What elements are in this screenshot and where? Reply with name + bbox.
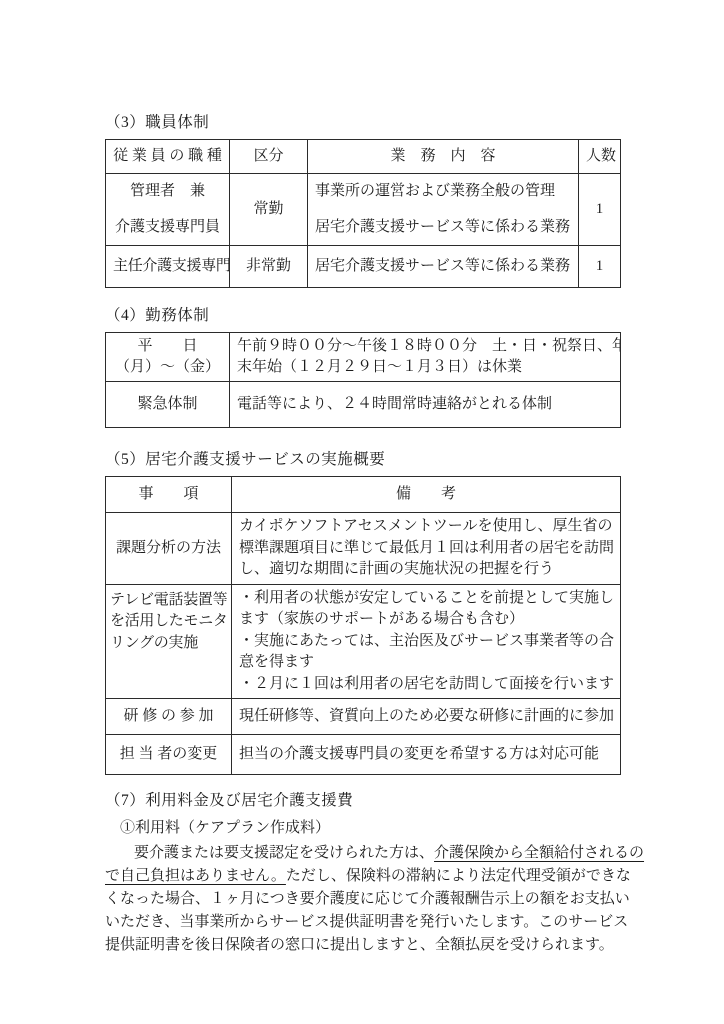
work-hours-row: 平 日 （月）～（金） 午前９時００分～午後１８時００分 土・日・祝祭日、年 末…: [106, 333, 621, 382]
staff-duty-cell: 事業所の運営および業務全般の管理 居宅介護支援サービス等に係わる業務: [308, 174, 579, 246]
service-item-cell: 担 当 者の変更: [106, 735, 232, 775]
staff-table: 従 業 員 の 職 種 区分 業 務 内 容 人数 管理者 兼 介護支援専門員 …: [105, 139, 621, 288]
service-remark-cell: 担当の介護支援専門員の変更を希望する方は対応可能: [232, 735, 621, 775]
staff-duty-line: 居宅介護支援サービス等に係わる業務: [315, 217, 571, 238]
service-table-row: 担 当 者の変更 担当の介護支援専門員の変更を希望する方は対応可能: [106, 735, 621, 775]
weekday-value-line: 午前９時００分～午後１８時００分 土・日・祝祭日、年: [237, 336, 613, 357]
fees-subheading: ①利用料（ケアプラン作成料）: [120, 817, 620, 839]
staff-header-count: 人数: [579, 140, 621, 174]
staff-category-cell: 常勤: [230, 174, 308, 246]
fees-text-segment: 提供証明書を後日保険者の窓口に提出しますと、全額払戻を受けられます。: [105, 937, 614, 953]
section-fees-heading: （7）利用料金及び居宅介護支援費: [105, 790, 620, 811]
section-fees: （7）利用料金及び居宅介護支援費 ①利用料（ケアプラン作成料） 要介護または要支…: [105, 790, 620, 957]
work-hours-row: 緊急体制 電話等により、２４時間常時連絡がとれる体制: [106, 382, 621, 428]
fees-paragraph-line: 提供証明書を後日保険者の窓口に提出しますと、全額払戻を受けられます。: [105, 934, 620, 957]
weekday-label-line: （月）～（金）: [113, 357, 222, 378]
fees-paragraph-line: で自己負担はありません。ただし、保険料の滞納により法定代理受領ができな: [105, 865, 620, 888]
staff-count-cell: 1: [579, 246, 621, 288]
staff-table-header-row: 従 業 員 の 職 種 区分 業 務 内 容 人数: [106, 140, 621, 174]
staff-role-cell: 主任介護支援専門員: [106, 246, 230, 288]
service-item-line: テレビ電話装置等: [110, 590, 227, 612]
service-header-remark: 備 考: [232, 477, 621, 513]
service-item-cell: 研 修 の 参 加: [106, 699, 232, 735]
fees-text-segment: いただき、当事業所からサービス提供証明書を発行いたします。このサービス: [105, 914, 628, 930]
service-table-row: 研 修 の 参 加 現任研修等、資質向上のため必要な研修に計画的に参加: [106, 699, 621, 735]
section-service-overview: （5）居宅介護支援サービスの実施概要 事 項 備 考 課題分析の方法 カイポケソ…: [105, 449, 620, 775]
service-table-header-row: 事 項 備 考: [106, 477, 621, 513]
service-remark-line: し、適切な期間に計画の実施状況の把握を行う: [239, 559, 613, 581]
staff-category-cell: 非常勤: [230, 246, 308, 288]
weekday-value-line: 末年始（１２月２９日～１月３日）は休業: [237, 357, 613, 378]
service-item-cell: テレビ電話装置等 を活用したモニタ リングの実施: [106, 584, 232, 699]
service-header-item: 事 項: [106, 477, 232, 513]
staff-duty-cell: 居宅介護支援サービス等に係わる業務: [308, 246, 579, 288]
weekday-label-line: 平 日: [113, 336, 222, 357]
section-work-heading: （4）勤務体制: [105, 305, 620, 326]
staff-role-cell: 管理者 兼 介護支援専門員: [106, 174, 230, 246]
section-staff-heading: （3）職員体制: [105, 112, 620, 133]
service-table-row: テレビ電話装置等 を活用したモニタ リングの実施 ・利用者の状態が安定しているこ…: [106, 584, 621, 699]
service-item-cell: 課題分析の方法: [106, 513, 232, 585]
document-content: （3）職員体制 従 業 員 の 職 種 区分 業 務 内 容 人数 管理者 兼 …: [0, 0, 724, 957]
service-remark-line: ・２月に１回は利用者の居宅を訪問して面接を行います: [239, 674, 613, 696]
staff-count-cell: 1: [579, 174, 621, 246]
service-remark-cell: カイポケソフトアセスメントツールを使用し、厚生省の 標準課題項目に準じて最低月１…: [232, 513, 621, 585]
emergency-label-cell: 緊急体制: [106, 382, 230, 428]
section-staff-structure: （3）職員体制 従 業 員 の 職 種 区分 業 務 内 容 人数 管理者 兼 …: [105, 112, 620, 288]
staff-role-line: 介護支援専門員: [113, 217, 222, 238]
service-table-row: 課題分析の方法 カイポケソフトアセスメントツールを使用し、厚生省の 標準課題項目…: [106, 513, 621, 585]
service-remark-line: 標準課題項目に準じて最低月１回は利用者の居宅を訪問: [239, 538, 613, 560]
service-remark-line: ます（家族のサポートがある場合も含む）: [239, 609, 613, 631]
service-overview-table: 事 項 備 考 課題分析の方法 カイポケソフトアセスメントツールを使用し、厚生省…: [105, 476, 621, 775]
fees-underlined-segment: で自己負担はありません。: [105, 868, 286, 884]
staff-table-row: 主任介護支援専門員 非常勤 居宅介護支援サービス等に係わる業務 1: [106, 246, 621, 288]
staff-header-category: 区分: [230, 140, 308, 174]
fees-text-segment: くなった場合、１ヶ月につき要介護度に応じて介護報酬告示上の額をお支払い: [105, 891, 630, 907]
emergency-value-cell: 電話等により、２４時間常時連絡がとれる体制: [230, 382, 621, 428]
service-item-line: を活用したモニタ: [110, 611, 227, 633]
section-service-heading: （5）居宅介護支援サービスの実施概要: [105, 449, 620, 470]
fees-text-segment: 要介護または要支援認定を受けられた方は、: [119, 845, 434, 861]
fees-paragraph-line: 要介護または要支援認定を受けられた方は、介護保険から全額給付されるの: [105, 842, 620, 865]
staff-header-duty: 業 務 内 容: [308, 140, 579, 174]
document-page: （3）職員体制 従 業 員 の 職 種 区分 業 務 内 容 人数 管理者 兼 …: [0, 0, 724, 1024]
staff-duty-line: 事業所の運営および業務全般の管理: [315, 181, 571, 202]
staff-table-row: 管理者 兼 介護支援専門員 常勤 事業所の運営および業務全般の管理 居宅介護支援…: [106, 174, 621, 246]
section-work-hours: （4）勤務体制 平 日 （月）～（金） 午前９時００分～午後１８時００分 土・日…: [105, 305, 620, 428]
fees-paragraph: 要介護または要支援認定を受けられた方は、介護保険から全額給付されるの で自己負担…: [105, 842, 620, 957]
fees-underlined-segment: 介護保険から全額給付されるの: [434, 845, 644, 861]
fees-paragraph-line: くなった場合、１ヶ月につき要介護度に応じて介護報酬告示上の額をお支払い: [105, 888, 620, 911]
service-remark-line: ・利用者の状態が安定していることを前提として実施し: [239, 588, 613, 610]
service-remark-line: ・実施にあたっては、主治医及びサービス事業者等の合: [239, 631, 613, 653]
weekday-label-cell: 平 日 （月）～（金）: [106, 333, 230, 382]
staff-role-line: 管理者 兼: [113, 181, 222, 202]
service-remark-cell: 現任研修等、資質向上のため必要な研修に計画的に参加: [232, 699, 621, 735]
fees-text-segment: ただし、保険料の滞納により法定代理受領ができな: [286, 868, 631, 884]
fees-paragraph-line: いただき、当事業所からサービス提供証明書を発行いたします。このサービス: [105, 911, 620, 934]
service-remark-line: 意を得ます: [239, 652, 613, 674]
staff-header-role: 従 業 員 の 職 種: [106, 140, 230, 174]
service-remark-cell: ・利用者の状態が安定していることを前提として実施し ます（家族のサポートがある場…: [232, 584, 621, 699]
weekday-value-cell: 午前９時００分～午後１８時００分 土・日・祝祭日、年 末年始（１２月２９日～１月…: [230, 333, 621, 382]
work-hours-table: 平 日 （月）～（金） 午前９時００分～午後１８時００分 土・日・祝祭日、年 末…: [105, 332, 621, 428]
service-item-line: リングの実施: [110, 633, 227, 655]
service-remark-line: カイポケソフトアセスメントツールを使用し、厚生省の: [239, 516, 613, 538]
